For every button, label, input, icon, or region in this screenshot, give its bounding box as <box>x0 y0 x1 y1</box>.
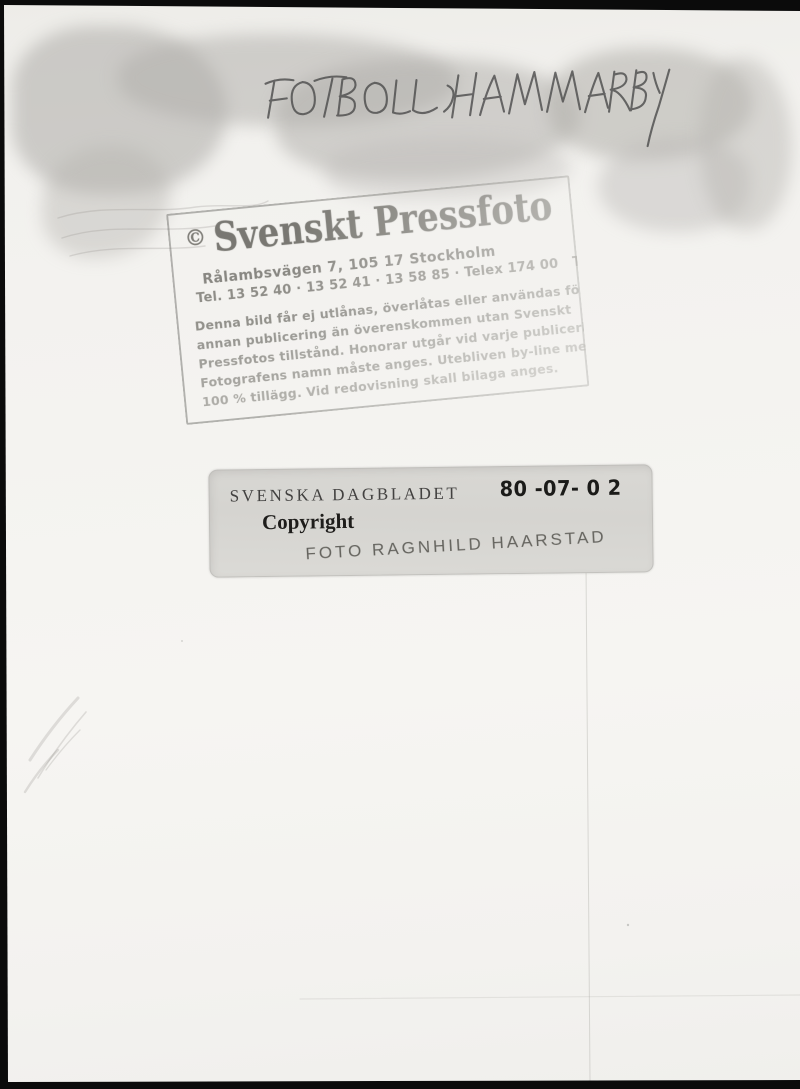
publisher-name: SVENSKA DAGBLADET <box>230 484 460 507</box>
smudge-marks <box>25 698 86 792</box>
copyright-symbol: © <box>183 224 207 252</box>
photo-paper: FOTBOLL: HAMMARBY © Svenskt Pressfoto Rå… <box>0 0 800 1089</box>
photo-back-scan: FOTBOLL: HAMMARBY © Svenskt Pressfoto Rå… <box>0 0 800 1089</box>
crease-lines <box>181 565 800 1080</box>
credit-sticker: SVENSKA DAGBLADET 80 -07- 0 2 Copyright … <box>208 464 653 577</box>
date-stamp: 80 -07- 0 2 <box>499 476 621 501</box>
handwritten-note-strokes <box>265 70 670 153</box>
copyright-label: Copyright <box>262 509 354 535</box>
agency-stamp: © Svenskt Pressfoto Rålambsvägen 7, 105 … <box>166 175 589 425</box>
